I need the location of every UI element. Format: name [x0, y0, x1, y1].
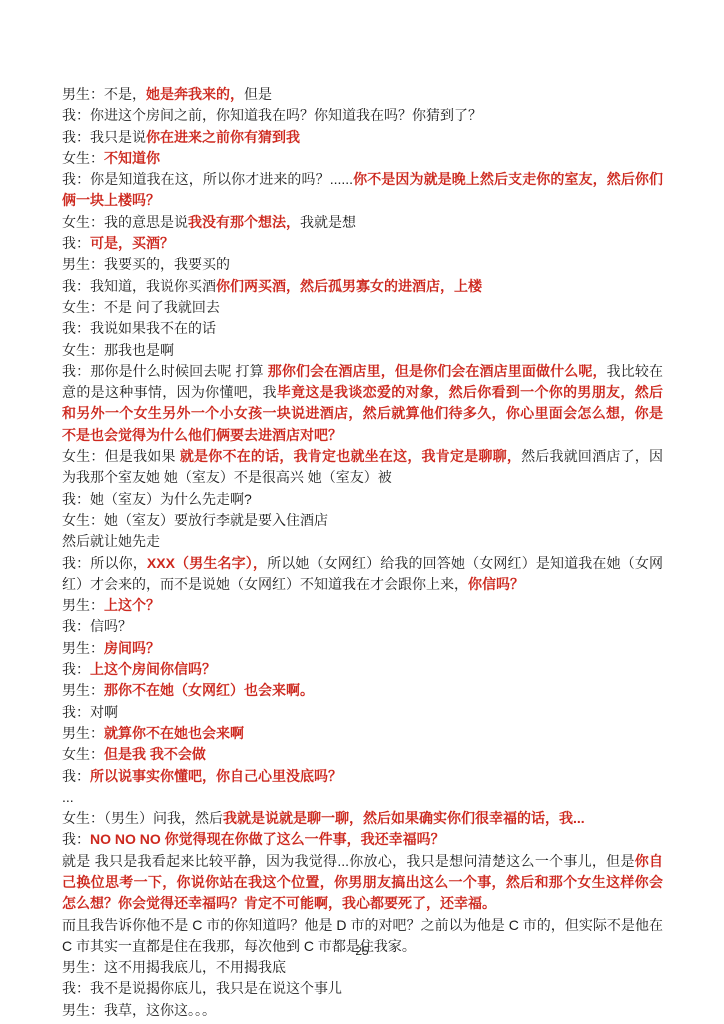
- plain-text: 然后就让她先走: [62, 533, 160, 549]
- plain-text: 我：我知道，我说你买酒: [62, 278, 216, 294]
- dialogue-line: 男生：这不用揭我底儿，不用揭我底: [62, 957, 663, 978]
- document-page: 男生：不是，她是奔我来的，但是我：你进这个房间之前，你知道我在吗？你知道我在吗？…: [0, 0, 724, 1024]
- plain-text: 我就是想: [300, 214, 356, 230]
- plain-text: 我：你是知道我在这，所以你才进来的吗？......: [62, 171, 353, 187]
- plain-text: 就是 我只是我看起来比较平静，因为我觉得...你放心，我只是想问清楚这么一个事儿…: [62, 853, 635, 869]
- plain-text: 女生：: [62, 150, 104, 166]
- dialogue-line: 我：我只是说你在进来之前你有猜到我: [62, 127, 663, 148]
- plain-text: 男生：不是，: [62, 86, 146, 102]
- emphasized-text: NO NO NO 你觉得现在你做了这么一件事，我还幸福吗？: [90, 831, 445, 847]
- dialogue-line: 男生：房间吗？: [62, 638, 663, 659]
- dialogue-line: 我：我知道，我说你买酒你们两买酒，然后孤男寡女的进酒店，上楼: [62, 276, 663, 297]
- plain-text: 我：所以你，: [62, 555, 147, 571]
- emphasized-text: 上这个？: [104, 597, 160, 613]
- plain-text: ...: [62, 789, 74, 805]
- plain-text: 我：你进这个房间之前，你知道我在吗？你知道我在吗？你猜到了？: [62, 107, 482, 123]
- plain-text: 我：我说如果我不在的话: [62, 320, 216, 336]
- dialogue-line: 我：NO NO NO 你觉得现在你做了这么一件事，我还幸福吗？: [62, 829, 663, 850]
- plain-text: 我：: [62, 831, 90, 847]
- dialogue-line: 女生：不知道你: [62, 148, 663, 169]
- dialogue-line: 我：所以你，XXX（男生名字），所以她（女网红）给我的回答她（女网红）是知道我在…: [62, 553, 663, 596]
- plain-text: 我：我只是说: [62, 129, 146, 145]
- plain-text: 我：: [62, 235, 90, 251]
- dialogue-line: 女生：她（室友）要放行李就是要入住酒店: [62, 510, 663, 531]
- plain-text: 我：我不是说揭你底儿，我只是在说这个事儿: [62, 980, 342, 996]
- plain-text: 我：那你是什么时候回去呢 打算: [62, 363, 268, 379]
- emphasized-text: 但是我 我不会做: [104, 746, 206, 762]
- plain-text: 男生：: [62, 640, 104, 656]
- plain-text: 女生：: [62, 746, 104, 762]
- dialogue-line: 女生：（男生）问我，然后我就是说就是聊一聊，然后如果确实你们很幸福的话，我...: [62, 808, 663, 829]
- dialogue-line: 女生：那我也是啊: [62, 340, 663, 361]
- dialogue-line: 女生：不是 问了我就回去: [62, 297, 663, 318]
- dialogue-line: 我：上这个房间你信吗？: [62, 659, 663, 680]
- emphasized-text: 那你不在她（女网红）也会来啊。: [104, 682, 314, 698]
- plain-text: 我：信吗？: [62, 618, 132, 634]
- emphasized-text: 她是奔我来的，: [146, 86, 244, 102]
- dialogue-line: 我：我说如果我不在的话: [62, 318, 663, 339]
- dialogue-line: ...: [62, 787, 663, 808]
- plain-text: 男生：: [62, 597, 104, 613]
- plain-text: 我：: [62, 661, 90, 677]
- plain-text: 女生：（男生）问我，然后: [62, 810, 223, 826]
- plain-text: 女生：那我也是啊: [62, 342, 174, 358]
- emphasized-text: 不知道你: [104, 150, 160, 166]
- dialogue-line: 我：对啊: [62, 702, 663, 723]
- plain-text: 男生：: [62, 682, 104, 698]
- dialogue-line: 男生：我要买的，我要买的: [62, 254, 663, 275]
- plain-text: 我：: [62, 768, 90, 784]
- emphasized-text: 你信吗？: [468, 576, 524, 592]
- emphasized-text: 房间吗？: [104, 640, 160, 656]
- dialogue-line: 我：我不是说揭你底儿，我只是在说这个事儿: [62, 978, 663, 999]
- plain-text: 男生：我要买的，我要买的: [62, 256, 230, 272]
- emphasized-text: 那你们会在酒店里，但是你们会在酒店里面做什么呢，: [268, 363, 607, 379]
- emphasized-text: 你在进来之前你有猜到我: [146, 129, 300, 145]
- dialogue-line: 我：你是知道我在这，所以你才进来的吗？......你不是因为就是晚上然后支走你的…: [62, 169, 663, 212]
- plain-text: 男生：我草，这你这。。。: [62, 1002, 216, 1018]
- dialogue-line: 我：可是，买酒？: [62, 233, 663, 254]
- dialogue-line: 然后就让她先走: [62, 531, 663, 552]
- dialogue-line: 男生：我草，这你这。。。: [62, 1000, 663, 1021]
- plain-text: 女生：她（室友）要放行李就是要入住酒店: [62, 512, 328, 528]
- emphasized-text: 上这个房间你信吗？: [90, 661, 216, 677]
- dialogue-line: 我：你进这个房间之前，你知道我在吗？你知道我在吗？你猜到了？: [62, 105, 663, 126]
- dialogue-line: 男生：不是，她是奔我来的，但是: [62, 84, 663, 105]
- dialogue-transcript: 男生：不是，她是奔我来的，但是我：你进这个房间之前，你知道我在吗？你知道我在吗？…: [62, 84, 663, 1021]
- dialogue-line: 男生：就算你不在她也会来啊: [62, 723, 663, 744]
- dialogue-line: 男生：那你不在她（女网红）也会来啊。: [62, 680, 663, 701]
- emphasized-text: 你们两买酒，然后孤男寡女的进酒店，上楼: [216, 278, 482, 294]
- plain-text: 男生：这不用揭我底儿，不用揭我底: [62, 959, 286, 975]
- dialogue-line: 女生：我的意思是说我没有那个想法，我就是想: [62, 212, 663, 233]
- dialogue-line: 女生：但是我 我不会做: [62, 744, 663, 765]
- dialogue-line: 我：信吗？: [62, 616, 663, 637]
- dialogue-line: 我：所以说事实你懂吧，你自己心里没底吗？: [62, 766, 663, 787]
- emphasized-text: XXX（男生名字），: [147, 555, 267, 571]
- dialogue-line: 我：那你是什么时候回去呢 打算 那你们会在酒店里，但是你们会在酒店里面做什么呢，…: [62, 361, 663, 446]
- plain-text: 我：她（室友）为什么先走啊?: [62, 491, 252, 507]
- plain-text: 女生：我的意思是说: [62, 214, 188, 230]
- page-number: 25: [0, 944, 724, 958]
- emphasized-text: 我没有那个想法，: [188, 214, 300, 230]
- plain-text: 我：对啊: [62, 704, 118, 720]
- emphasized-text: 就算你不在她也会来啊: [104, 725, 244, 741]
- plain-text: 男生：: [62, 725, 104, 741]
- plain-text: 女生：不是 问了我就回去: [62, 299, 220, 315]
- emphasized-text: 我就是说就是聊一聊，然后如果确实你们很幸福的话，我...: [223, 810, 585, 826]
- dialogue-line: 男生：上这个？: [62, 595, 663, 616]
- plain-text: 但是: [244, 86, 272, 102]
- dialogue-line: 我：她（室友）为什么先走啊?: [62, 489, 663, 510]
- dialogue-line: 女生：但是我如果 就是你不在的话，我肯定也就坐在这，我肯定是聊聊，然后我就回酒店…: [62, 446, 663, 489]
- emphasized-text: 就是你不在的话，我肯定也就坐在这，我肯定是聊聊，: [180, 448, 521, 464]
- emphasized-text: 可是，买酒？: [90, 235, 174, 251]
- plain-text: 女生：但是我如果: [62, 448, 180, 464]
- emphasized-text: 所以说事实你懂吧，你自己心里没底吗？: [90, 768, 342, 784]
- dialogue-line: 就是 我只是我看起来比较平静，因为我觉得...你放心，我只是想问清楚这么一个事儿…: [62, 851, 663, 915]
